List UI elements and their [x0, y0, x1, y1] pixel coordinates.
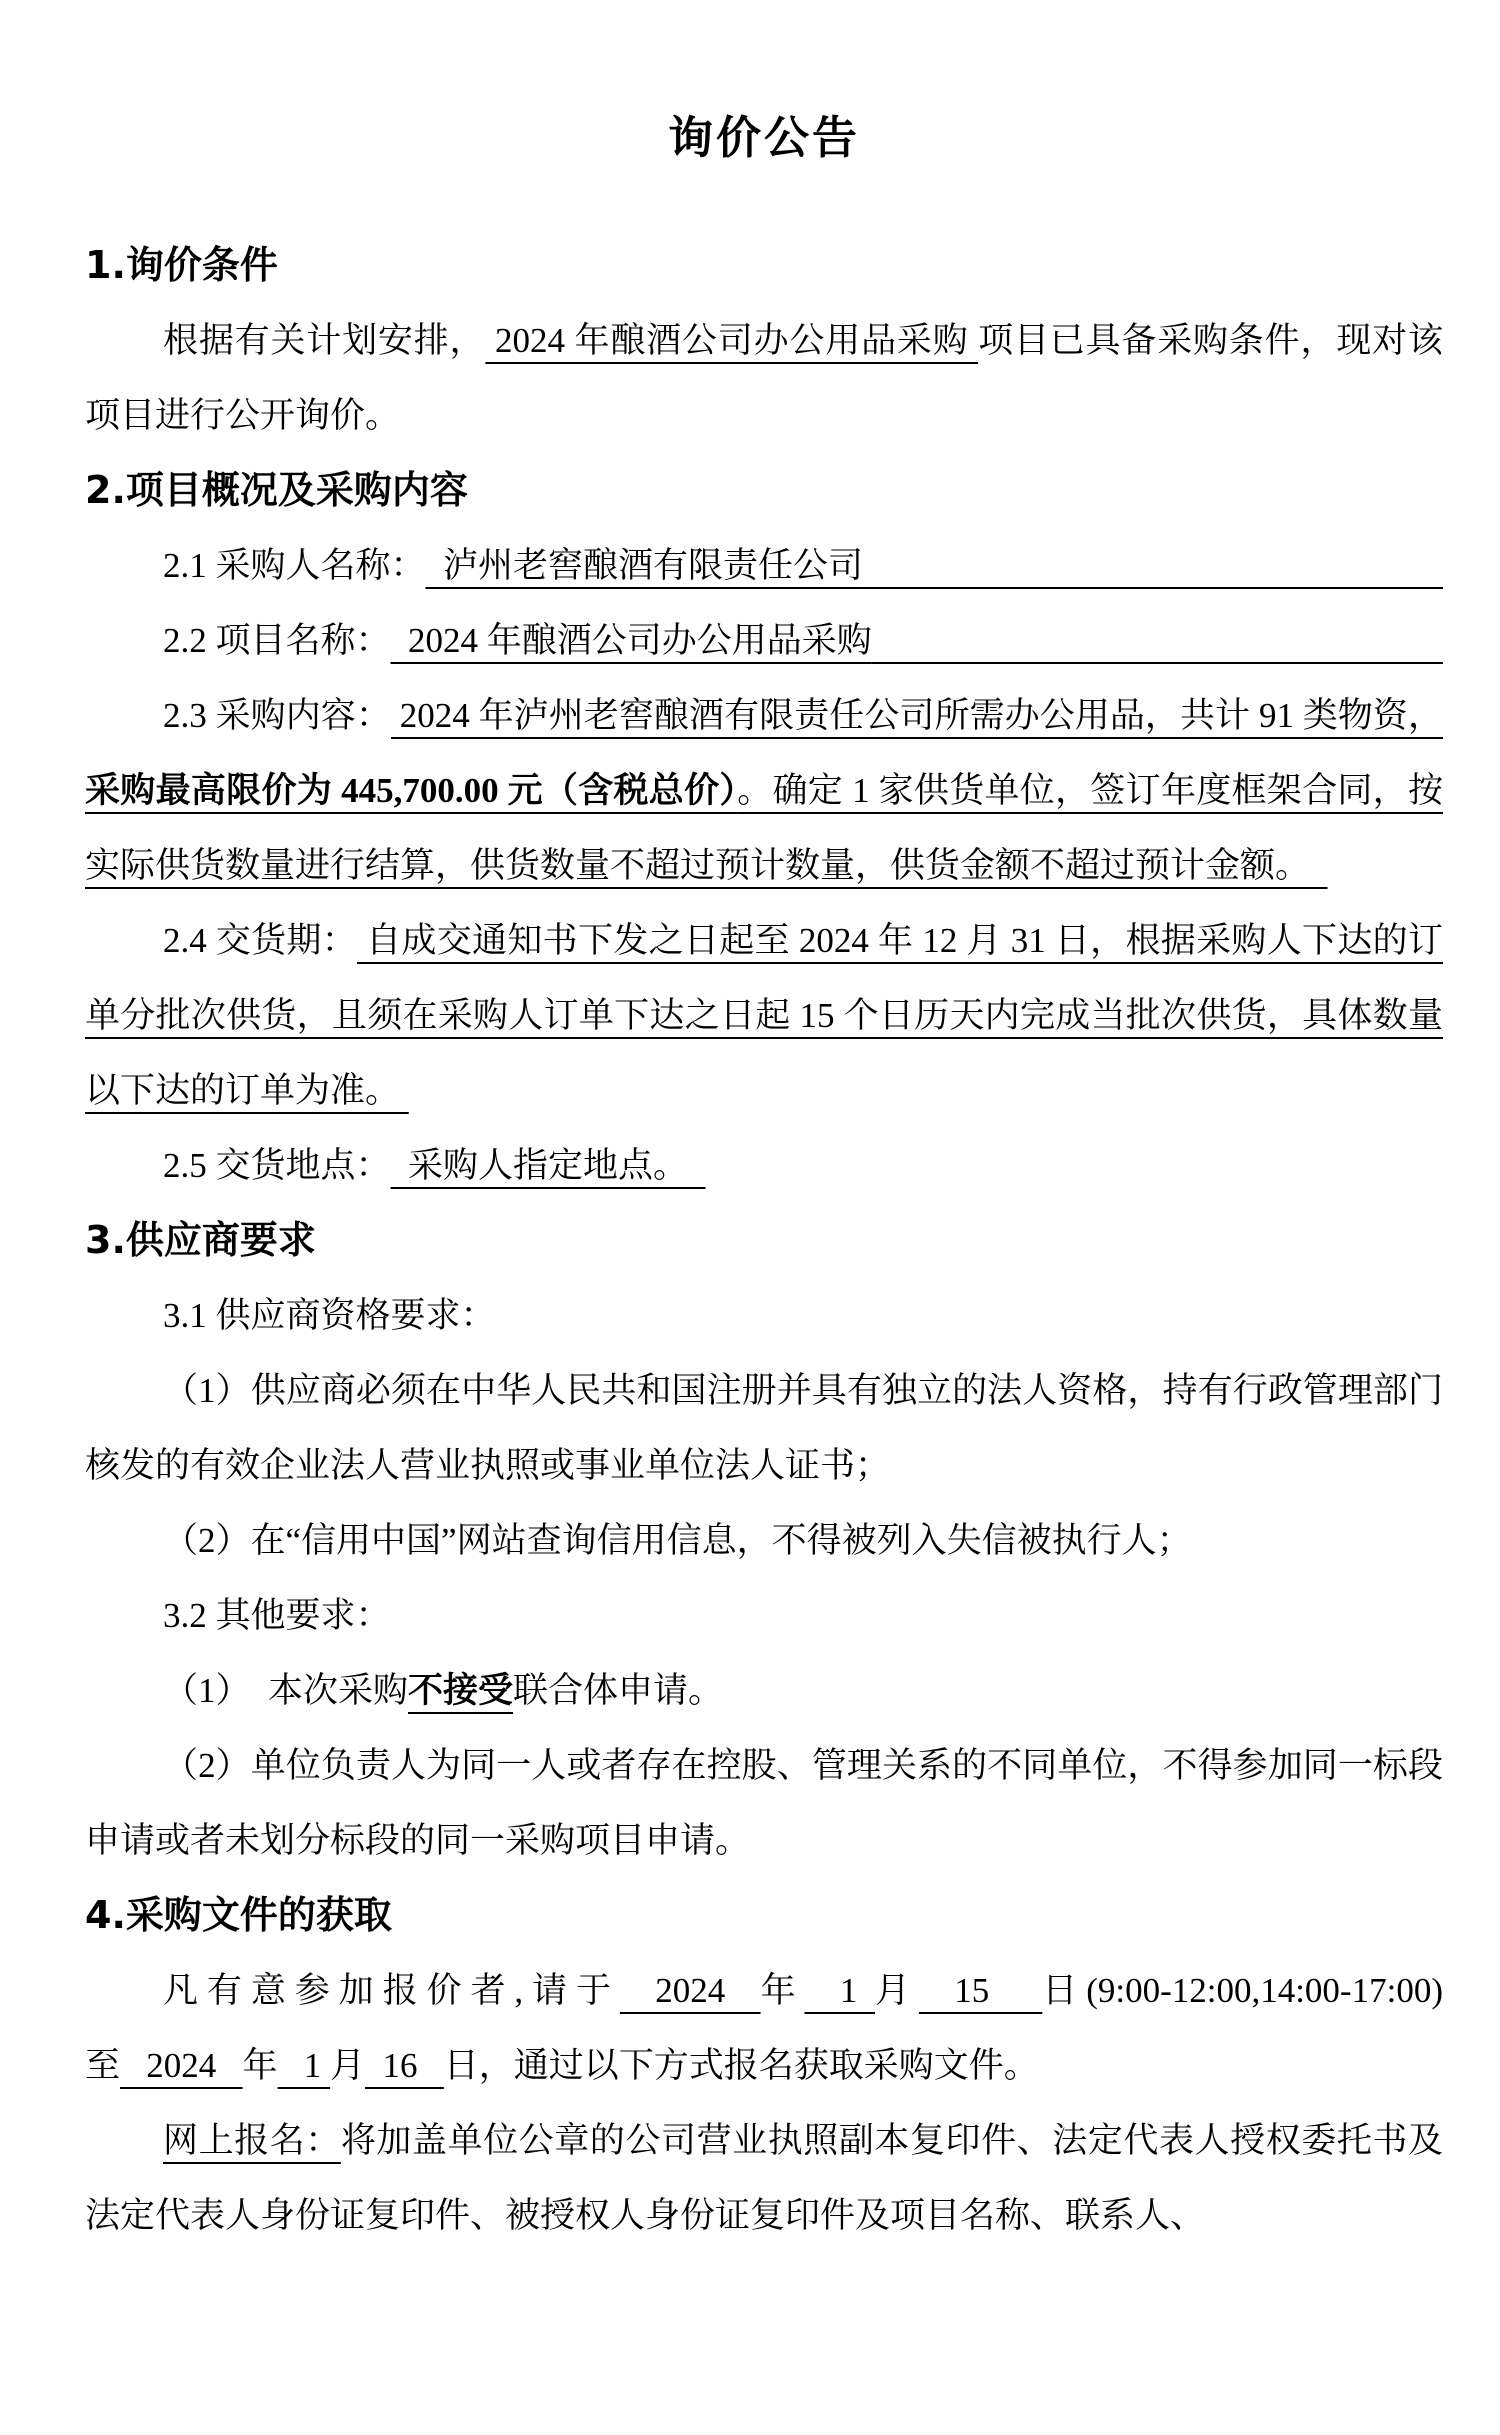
paragraph: （1）供应商必须在中华人民共和国注册并具有独立的法人资格，持有行政管理部门核发的… — [85, 1353, 1443, 1503]
text-run: 2.项目概况及采购内容 — [85, 468, 468, 512]
underlined-text: 采购人指定地点。 — [391, 1146, 706, 1185]
text-run: （1）供应商必须在中华人民共和国注册并具有独立的法人资格，持有行政管理部门核发的… — [85, 1371, 1443, 1485]
paragraph: 3.2 其他要求： — [85, 1578, 1443, 1653]
underlined-text: 1 — [804, 1971, 875, 2010]
underlined-text: 1 — [278, 2046, 331, 2085]
text-run: 月 — [330, 2046, 365, 2085]
paragraph: 2.3 采购内容： 2024 年泸州老窖酿酒有限责任公司所需办公用品，共计 91… — [85, 678, 1443, 903]
document-body: 1.询价条件根据有关计划安排， 2024 年酿酒公司办公用品采购 项目已具备采购… — [85, 228, 1443, 2253]
paragraph: 3.1 供应商资格要求： — [85, 1278, 1443, 1353]
paragraph: 2.4 交货期： 自成交通知书下发之日起至 2024 年 12 月 31 日，根… — [85, 903, 1443, 1128]
underlined-text: 16 — [365, 2046, 444, 2085]
text-run: （2）单位负责人为同一人或者存在控股、管理关系的不同单位，不得参加同一标段申请或… — [85, 1746, 1443, 1860]
text-run: 根据有关计划安排， — [163, 321, 485, 360]
paragraph: 网上报名：将加盖单位公章的公司营业执照副本复印件、法定代表人授权委托书及法定代表… — [85, 2103, 1443, 2253]
text-run: 2.5 交货地点： — [163, 1146, 391, 1185]
section-heading: 4.采购文件的获取 — [85, 1878, 1443, 1953]
text-run: 3.1 供应商资格要求： — [163, 1296, 496, 1335]
text-run: （2）在“信用中国”网站查询信用信息，不得被列入失信被执行人； — [163, 1521, 1192, 1560]
text-run: 2.4 交货期： — [163, 921, 357, 960]
text-run: 年 — [761, 1971, 805, 2010]
text-run: 2.3 采购内容： — [163, 696, 391, 735]
bold-underlined-text: 不接受 — [408, 1671, 513, 1710]
bold-underlined-text: 采购最高限价为 445,700.00 元（含税总价） — [85, 771, 737, 810]
underlined-text: 15 — [919, 1971, 1042, 2010]
paragraph: 根据有关计划安排， 2024 年酿酒公司办公用品采购 项目已具备采购条件，现对该… — [85, 303, 1443, 453]
section-heading: 3.供应商要求 — [85, 1203, 1443, 1278]
text-run: 1.询价条件 — [85, 243, 278, 287]
text-run: 联合体申请。 — [513, 1671, 723, 1710]
text-run: 年 — [243, 2046, 278, 2085]
section-heading: 1.询价条件 — [85, 228, 1443, 303]
text-run: （1） 本次采购 — [163, 1671, 408, 1710]
paragraph: 2.5 交货地点： 采购人指定地点。 — [85, 1128, 1443, 1203]
paragraph: （2）在“信用中国”网站查询信用信息，不得被列入失信被执行人； — [85, 1503, 1443, 1578]
text-run: 3.供应商要求 — [85, 1218, 316, 1262]
underlined-text: 网上报名： — [163, 2121, 341, 2160]
underlined-text: 2024 年泸州老窖酿酒有限责任公司所需办公用品，共计 91 类物资， — [391, 696, 1443, 735]
field-label: 2.2 项目名称： — [163, 621, 391, 660]
underlined-text: 2024 — [620, 1971, 761, 2010]
text-run: 3.2 其他要求： — [163, 1596, 391, 1635]
text-run: 凡有意参加报价者,请于 — [163, 1971, 620, 2010]
document-page: 询价公告 1.询价条件根据有关计划安排， 2024 年酿酒公司办公用品采购 项目… — [0, 0, 1500, 2253]
underlined-text: 2024 — [120, 2046, 243, 2085]
text-run: 日，通过以下方式报名获取采购文件。 — [444, 2046, 1039, 2085]
blank-underline-fill — [863, 546, 1443, 585]
field-value-underlined: 2024 年酿酒公司办公用品采购 — [391, 621, 872, 660]
text-run: 月 — [875, 1971, 919, 2010]
blank-underline-fill — [872, 621, 1443, 660]
field-label: 2.1 采购人名称： — [163, 546, 426, 585]
paragraph: （2）单位负责人为同一人或者存在控股、管理关系的不同单位，不得参加同一标段申请或… — [85, 1728, 1443, 1878]
section-heading: 2.项目概况及采购内容 — [85, 453, 1443, 528]
field-value-underlined: 泸州老窖酿酒有限责任公司 — [426, 546, 864, 585]
text-run: 4.采购文件的获取 — [85, 1893, 392, 1937]
paragraph: 凡有意参加报价者,请于 2024 年 1 月 15 日(9:00-12:00,1… — [85, 1953, 1443, 2103]
paragraph: （1） 本次采购不接受联合体申请。 — [85, 1653, 1443, 1728]
underlined-text: 2024 年酿酒公司办公用品采购 — [485, 321, 978, 360]
form-line: 2.2 项目名称： 2024 年酿酒公司办公用品采购 — [85, 603, 1443, 678]
document-title: 询价公告 — [85, 100, 1443, 175]
form-line: 2.1 采购人名称： 泸州老窖酿酒有限责任公司 — [85, 528, 1443, 603]
